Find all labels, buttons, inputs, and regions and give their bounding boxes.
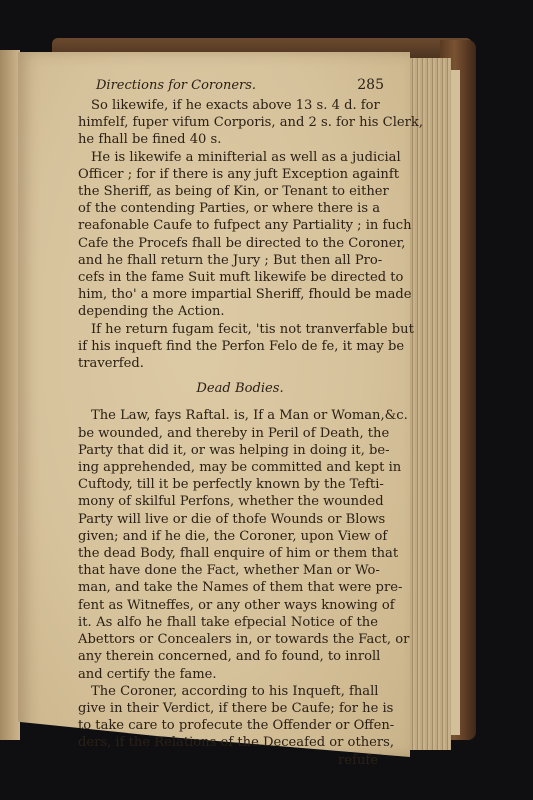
- text-line: to take care to profecute the Offender o…: [78, 717, 378, 734]
- text-line: that have done the Fact, whether Man or …: [78, 562, 378, 579]
- text-line: the Sheriff, as being of Kin, or Tenant …: [78, 183, 378, 200]
- section-title: Dead Bodies.: [102, 380, 378, 397]
- text-line: cefs in the fame Suit muft likewife be d…: [78, 269, 378, 286]
- text-line: it. As alfo he fhall take efpecial Notic…: [78, 614, 378, 631]
- text-line: given; and if he die, the Coroner, upon …: [78, 528, 378, 545]
- text-line: The Law, fays Raftal. is, If a Man or Wo…: [78, 407, 378, 424]
- text-line: him, tho' a more impartial Sheriff, fhou…: [78, 286, 378, 303]
- text-line: Cuftody, till it be perfectly known by t…: [78, 476, 378, 493]
- text-line: traverfed.: [78, 355, 378, 372]
- text-line: fent as Witneffes, or any other ways kno…: [78, 597, 378, 614]
- text-line: ing apprehended, may be committed and ke…: [78, 459, 378, 476]
- text-line: he fhall be fined 40 s.: [78, 131, 378, 148]
- text-line: The Coroner, according to his Inqueft, f…: [78, 683, 378, 700]
- text-line: ders, if the Relations of the Deceafed o…: [78, 734, 378, 751]
- text-line: and certify the fame.: [78, 666, 378, 683]
- catchword: refufe: [78, 752, 378, 769]
- text-line: Party will live or die of thofe Wounds o…: [78, 511, 378, 528]
- text-line: if his inqueft find the Perfon Felo de f…: [78, 338, 378, 355]
- text-line: So likewife, if he exacts above 13 s. 4 …: [78, 97, 378, 114]
- text-line: mony of skilful Perfons, whether the wou…: [78, 493, 378, 510]
- left-page-edge: [0, 50, 20, 740]
- paragraph-group-2: The Law, fays Raftal. is, If a Man or Wo…: [78, 407, 378, 751]
- text-line: depending the Action.: [78, 303, 378, 320]
- text-line: He is likewife a minifterial as well as …: [78, 149, 378, 166]
- text-line: any therein concerned, and fo found, to …: [78, 648, 378, 665]
- text-line: of the contending Parties, or where ther…: [78, 200, 378, 217]
- text-line: be wounded, and thereby in Peril of Deat…: [78, 425, 378, 442]
- page-stack-edge: [405, 58, 451, 750]
- text-line: Cafe the Procefs fhall be directed to th…: [78, 235, 378, 252]
- page-header: Directions for Coroners. 285: [78, 75, 378, 95]
- text-line: Abettors or Concealers in, or towards th…: [78, 631, 378, 648]
- text-line: man, and take the Names of them that wer…: [78, 579, 378, 596]
- text-line: Officer ; for if there is any juft Excep…: [78, 166, 378, 183]
- text-line: himfelf, fuper vifum Corporis, and 2 s. …: [78, 114, 378, 131]
- page-text: Directions for Coroners. 285 So likewife…: [78, 75, 378, 769]
- page-number: 285: [357, 77, 384, 94]
- paragraph-group-1: So likewife, if he exacts above 13 s. 4 …: [78, 97, 378, 372]
- text-line: and he fhall return the Jury ; But then …: [78, 252, 378, 269]
- running-head: Directions for Coroners.: [96, 77, 256, 94]
- text-line: give in their Verdict, if there be Caufe…: [78, 700, 378, 717]
- text-line: Party that did it, or was helping in doi…: [78, 442, 378, 459]
- text-line: If he return fugam fecit, 'tis not tranv…: [78, 321, 378, 338]
- text-line: reafonable Caufe to fufpect any Partiali…: [78, 217, 378, 234]
- text-line: the dead Body, fhall enquire of him or t…: [78, 545, 378, 562]
